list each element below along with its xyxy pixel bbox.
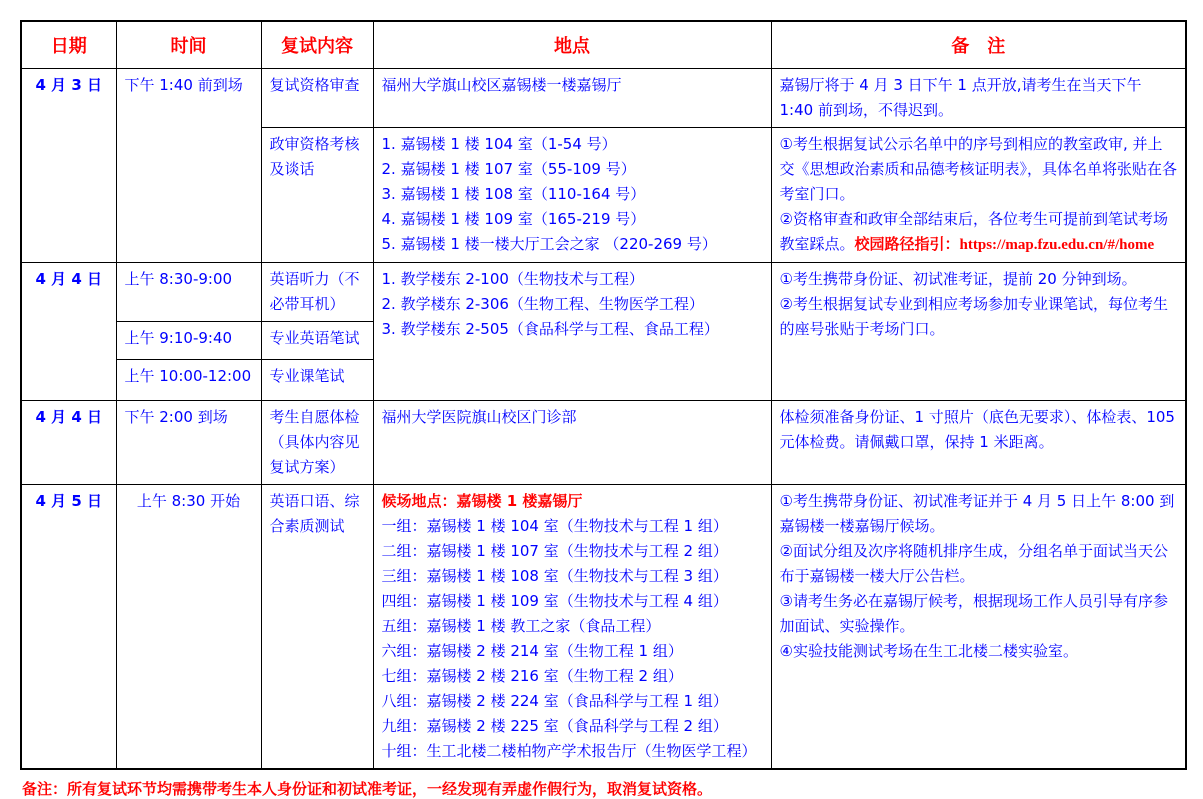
remark-paragraph: ①考生根据复试公示名单中的序号到相应的教室政审, 并上交《思想政治素质和品德考核… bbox=[780, 132, 1178, 207]
remark-paragraph: ②面试分组及次序将随机排序生成，分组名单于面试当天公布于嘉锡楼一楼大厅公告栏。 bbox=[780, 539, 1178, 589]
document-page: 日期 时间 复试内容 地点 备 注 4 月 3 日 下午 1:40 前到场 复试… bbox=[0, 0, 1203, 799]
location-line: 3. 嘉锡楼 1 楼 108 室（110-164 号） bbox=[382, 182, 763, 207]
schedule-table: 日期 时间 复试内容 地点 备 注 4 月 3 日 下午 1:40 前到场 复试… bbox=[20, 20, 1187, 770]
campus-route-label: 校园路径指引： bbox=[855, 235, 960, 253]
time-cell-physical-exam: 下午 2:00 到场 bbox=[116, 400, 261, 484]
content-cell-qualification-review: 复试资格审查 bbox=[261, 68, 373, 127]
location-line: 九组：嘉锡楼 2 楼 225 室（食品科学与工程 2 组） bbox=[382, 714, 763, 739]
time-cell-listening: 上午 8:30-9:00 bbox=[116, 262, 261, 321]
content-cell-interview: 英语口语、综合素质测试 bbox=[261, 484, 373, 769]
table-row: 4 月 4 日 下午 2:00 到场 考生自愿体检（具体内容见复试方案） 福州大… bbox=[21, 400, 1186, 484]
col-header-date: 日期 bbox=[21, 21, 116, 68]
location-line: 2. 嘉锡楼 1 楼 107 室（55-109 号） bbox=[382, 157, 763, 182]
location-cell-interview: 候场地点：嘉锡楼 1 楼嘉锡厅 一组：嘉锡楼 1 楼 104 室（生物技术与工程… bbox=[373, 484, 771, 769]
content-cell-english-written: 专业英语笔试 bbox=[261, 321, 373, 359]
time-cell-interview: 上午 8:30 开始 bbox=[116, 484, 261, 769]
location-line: 十组：生工北楼二楼柏物产学术报告厅（生物医学工程） bbox=[382, 739, 763, 764]
remark-cell-interview: ①考生携带身份证、初试准考证并于 4 月 5 日上午 8:00 到嘉锡楼一楼嘉锡… bbox=[771, 484, 1186, 769]
col-header-time: 时间 bbox=[116, 21, 261, 68]
date-cell-apr3: 4 月 3 日 bbox=[21, 68, 116, 262]
col-header-remark: 备 注 bbox=[771, 21, 1186, 68]
remark-paragraph: ③请考生务必在嘉锡厅候考，根据现场工作人员引导有序参加面试、实验操作。 bbox=[780, 589, 1178, 639]
location-line: 1. 嘉锡楼 1 楼 104 室（1-54 号） bbox=[382, 132, 763, 157]
location-cell-physical-exam: 福州大学医院旗山校区门诊部 bbox=[373, 400, 771, 484]
remark-paragraph: ②考生根据复试专业到相应考场参加专业课笔试，每位考生的座号张贴于考场门口。 bbox=[780, 292, 1178, 342]
location-cell-written-exams: 1. 教学楼东 2-100（生物技术与工程） 2. 教学楼东 2-306（生物工… bbox=[373, 262, 771, 400]
location-line: 八组：嘉锡楼 2 楼 224 室（食品科学与工程 1 组） bbox=[382, 689, 763, 714]
time-cell-course-written: 上午 10:00-12:00 bbox=[116, 359, 261, 400]
content-cell-english-listening: 英语听力（不必带耳机） bbox=[261, 262, 373, 321]
remark-paragraph: ①考生携带身份证、初试准考证，提前 20 分钟到场。 bbox=[780, 267, 1178, 292]
location-line: 五组：嘉锡楼 1 楼 教工之家（食品工程） bbox=[382, 614, 763, 639]
location-line: 3. 教学楼东 2-505（食品科学与工程、食品工程） bbox=[382, 317, 763, 342]
time-cell-apr3: 下午 1:40 前到场 bbox=[116, 68, 261, 262]
remark-cell-qualification-review: 嘉锡厅将于 4 月 3 日下午 1 点开放,请考生在当天下午 1:40 前到场，… bbox=[771, 68, 1186, 127]
location-cell-qualification-review: 福州大学旗山校区嘉锡楼一楼嘉锡厅 bbox=[373, 68, 771, 127]
content-cell-political-review: 政审资格考核及谈话 bbox=[261, 127, 373, 262]
col-header-location: 地点 bbox=[373, 21, 771, 68]
campus-map-link[interactable]: https://map.fzu.edu.cn/#/home bbox=[960, 237, 1155, 253]
content-cell-course-written: 专业课笔试 bbox=[261, 359, 373, 400]
location-line: 一组：嘉锡楼 1 楼 104 室（生物技术与工程 1 组） bbox=[382, 514, 763, 539]
remark-cell-written-exams: ①考生携带身份证、初试准考证，提前 20 分钟到场。 ②考生根据复试专业到相应考… bbox=[771, 262, 1186, 400]
table-row: 4 月 3 日 下午 1:40 前到场 复试资格审查 福州大学旗山校区嘉锡楼一楼… bbox=[21, 68, 1186, 127]
location-line: 2. 教学楼东 2-306（生物工程、生物医学工程） bbox=[382, 292, 763, 317]
time-cell-english-written: 上午 9:10-9:40 bbox=[116, 321, 261, 359]
location-cell-political-review: 1. 嘉锡楼 1 楼 104 室（1-54 号） 2. 嘉锡楼 1 楼 107 … bbox=[373, 127, 771, 262]
location-line: 六组：嘉锡楼 2 楼 214 室（生物工程 1 组） bbox=[382, 639, 763, 664]
footer-note: 备注：所有复试环节均需携带考生本人身份证和初试准考证，一经发现有弄虚作假行为，取… bbox=[22, 779, 1185, 799]
date-cell-apr4-morning: 4 月 4 日 bbox=[21, 262, 116, 400]
header-row: 日期 时间 复试内容 地点 备 注 bbox=[21, 21, 1186, 68]
date-cell-apr5: 4 月 5 日 bbox=[21, 484, 116, 769]
date-cell-apr4-afternoon: 4 月 4 日 bbox=[21, 400, 116, 484]
table-row: 4 月 5 日 上午 8:30 开始 英语口语、综合素质测试 候场地点：嘉锡楼 … bbox=[21, 484, 1186, 769]
remark-paragraph: ①考生携带身份证、初试准考证并于 4 月 5 日上午 8:00 到嘉锡楼一楼嘉锡… bbox=[780, 489, 1178, 539]
location-line: 七组：嘉锡楼 2 楼 216 室（生物工程 2 组） bbox=[382, 664, 763, 689]
remark-paragraph: ④实验技能测试考场在生工北楼二楼实验室。 bbox=[780, 639, 1178, 664]
content-cell-physical-exam: 考生自愿体检（具体内容见复试方案） bbox=[261, 400, 373, 484]
col-header-content: 复试内容 bbox=[261, 21, 373, 68]
location-line: 4. 嘉锡楼 1 楼 109 室（165-219 号） bbox=[382, 207, 763, 232]
table-row: 4 月 4 日 上午 8:30-9:00 英语听力（不必带耳机） 1. 教学楼东… bbox=[21, 262, 1186, 321]
remark-cell-political-review: ①考生根据复试公示名单中的序号到相应的教室政审, 并上交《思想政治素质和品德考核… bbox=[771, 127, 1186, 262]
location-line: 1. 教学楼东 2-100（生物技术与工程） bbox=[382, 267, 763, 292]
remark-paragraph: ②资格审查和政审全部结束后，各位考生可提前到笔试考场教室踩点。校园路径指引：ht… bbox=[780, 207, 1178, 258]
location-line: 四组：嘉锡楼 1 楼 109 室（生物技术与工程 4 组） bbox=[382, 589, 763, 614]
location-line: 5. 嘉锡楼 1 楼一楼大厅工会之家 （220-269 号） bbox=[382, 232, 763, 257]
remark-cell-physical-exam: 体检须准备身份证、1 寸照片（底色无要求）、体检表、105 元体检费。请佩戴口罩… bbox=[771, 400, 1186, 484]
location-line: 二组：嘉锡楼 1 楼 107 室（生物技术与工程 2 组） bbox=[382, 539, 763, 564]
waiting-area-title: 候场地点：嘉锡楼 1 楼嘉锡厅 bbox=[382, 489, 763, 514]
location-line: 三组：嘉锡楼 1 楼 108 室（生物技术与工程 3 组） bbox=[382, 564, 763, 589]
